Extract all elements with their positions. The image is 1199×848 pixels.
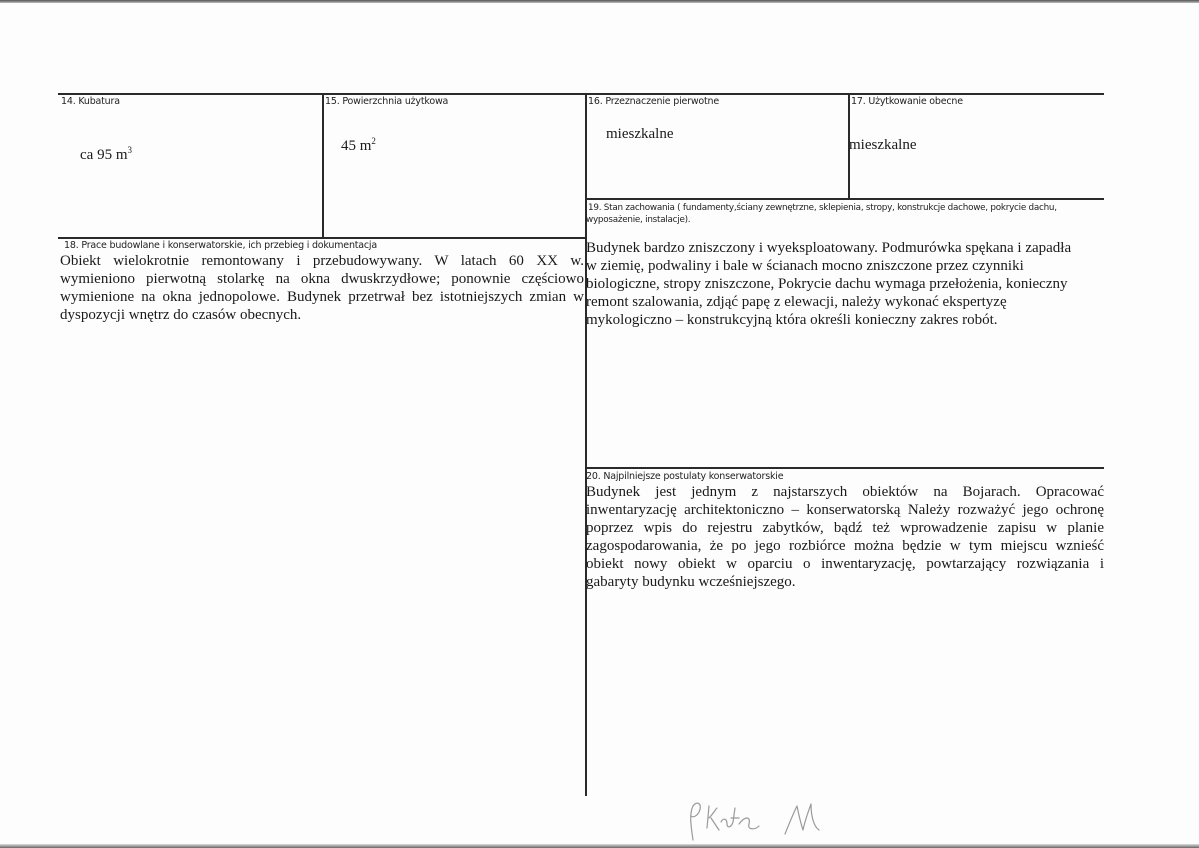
field-20-text: Budynek jest jednym z najstarszych obiek…	[586, 483, 1104, 591]
field-20-line: inwentaryzację architektoniczno – konser…	[586, 501, 1104, 519]
field-19-line: Budynek bardzo zniszczony i wyeksploatow…	[586, 239, 1106, 257]
field-20-line: Budynek jest jednym z najstarszych obiek…	[586, 483, 1104, 501]
field-14-value-exponent: 3	[127, 145, 132, 155]
field-18-line: Obiekt wielokrotnie remontowany i przebu…	[60, 252, 584, 270]
field-15-label: 15. Powierzchnia użytkowa	[325, 96, 448, 108]
field-14-value: ca 95 m3	[80, 146, 132, 164]
divider-above-20	[585, 467, 1104, 469]
field-15-value-text: 45 m	[341, 138, 371, 154]
field-20-line: gabaryty budynku wcześniejszego.	[586, 573, 1104, 591]
field-14-value-text: ca 95 m	[80, 147, 127, 163]
field-17-label: 17. Użytkowanie obecne	[851, 96, 963, 108]
field-19-line: w ziemię, podwaliny i bale w ścianach mo…	[586, 257, 1106, 275]
divider-14-15	[322, 93, 324, 238]
field-17-value: mieszkalne	[849, 136, 916, 154]
field-19-line: remont szalowania, zdjąć papę z elewacji…	[586, 293, 1106, 311]
field-19-label-line2: wyposażenie, instalacje).	[586, 214, 690, 226]
field-18-line: wymieniono pierwotną stolarkę na okna dw…	[60, 270, 584, 288]
field-16-value: mieszkalne	[606, 125, 673, 143]
field-19-line: biologiczne, stropy zniszczone, Pokrycie…	[586, 275, 1106, 293]
field-19-text: Budynek bardzo zniszczony i wyeksploatow…	[586, 239, 1106, 329]
field-16-label: 16. Przeznaczenie pierwotne	[588, 96, 719, 108]
field-18-line: wymienione na okna jednopolowe. Budynek …	[60, 288, 584, 306]
field-15-value-exponent: 2	[371, 136, 376, 146]
field-14-label: 14. Kubatura	[61, 96, 120, 108]
divider-above-19	[585, 198, 1104, 200]
field-18-text: Obiekt wielokrotnie remontowany i przebu…	[60, 252, 584, 324]
field-20-line: zagospodarowania, że po jego rozbiórce m…	[586, 537, 1104, 555]
field-18-line: dyspozycji wnętrz do czasów obecnych.	[60, 306, 584, 324]
field-20-label: 20. Najpilniejsze postulaty konserwators…	[586, 471, 783, 483]
table-top-border	[58, 93, 1104, 95]
scan-edge-bottom	[0, 844, 1199, 848]
field-18-label: 18. Prace budowlane i konserwatorskie, i…	[64, 240, 377, 252]
field-19-label-line1: 19. Stan zachowania ( fundamenty,ściany …	[588, 202, 1057, 214]
scan-edge-top	[0, 0, 1199, 3]
handwritten-signature	[685, 796, 885, 844]
field-20-line: poprzez wpis do rejestru zabytków, bądź …	[586, 519, 1104, 537]
field-15-value: 45 m2	[341, 137, 376, 155]
divider-above-18	[58, 237, 585, 239]
field-20-line: obiekt nowy obiekt w oparciu o inwentary…	[586, 555, 1104, 573]
field-19-line: mykologiczno – konstrukcyjną która okreś…	[586, 311, 1106, 329]
